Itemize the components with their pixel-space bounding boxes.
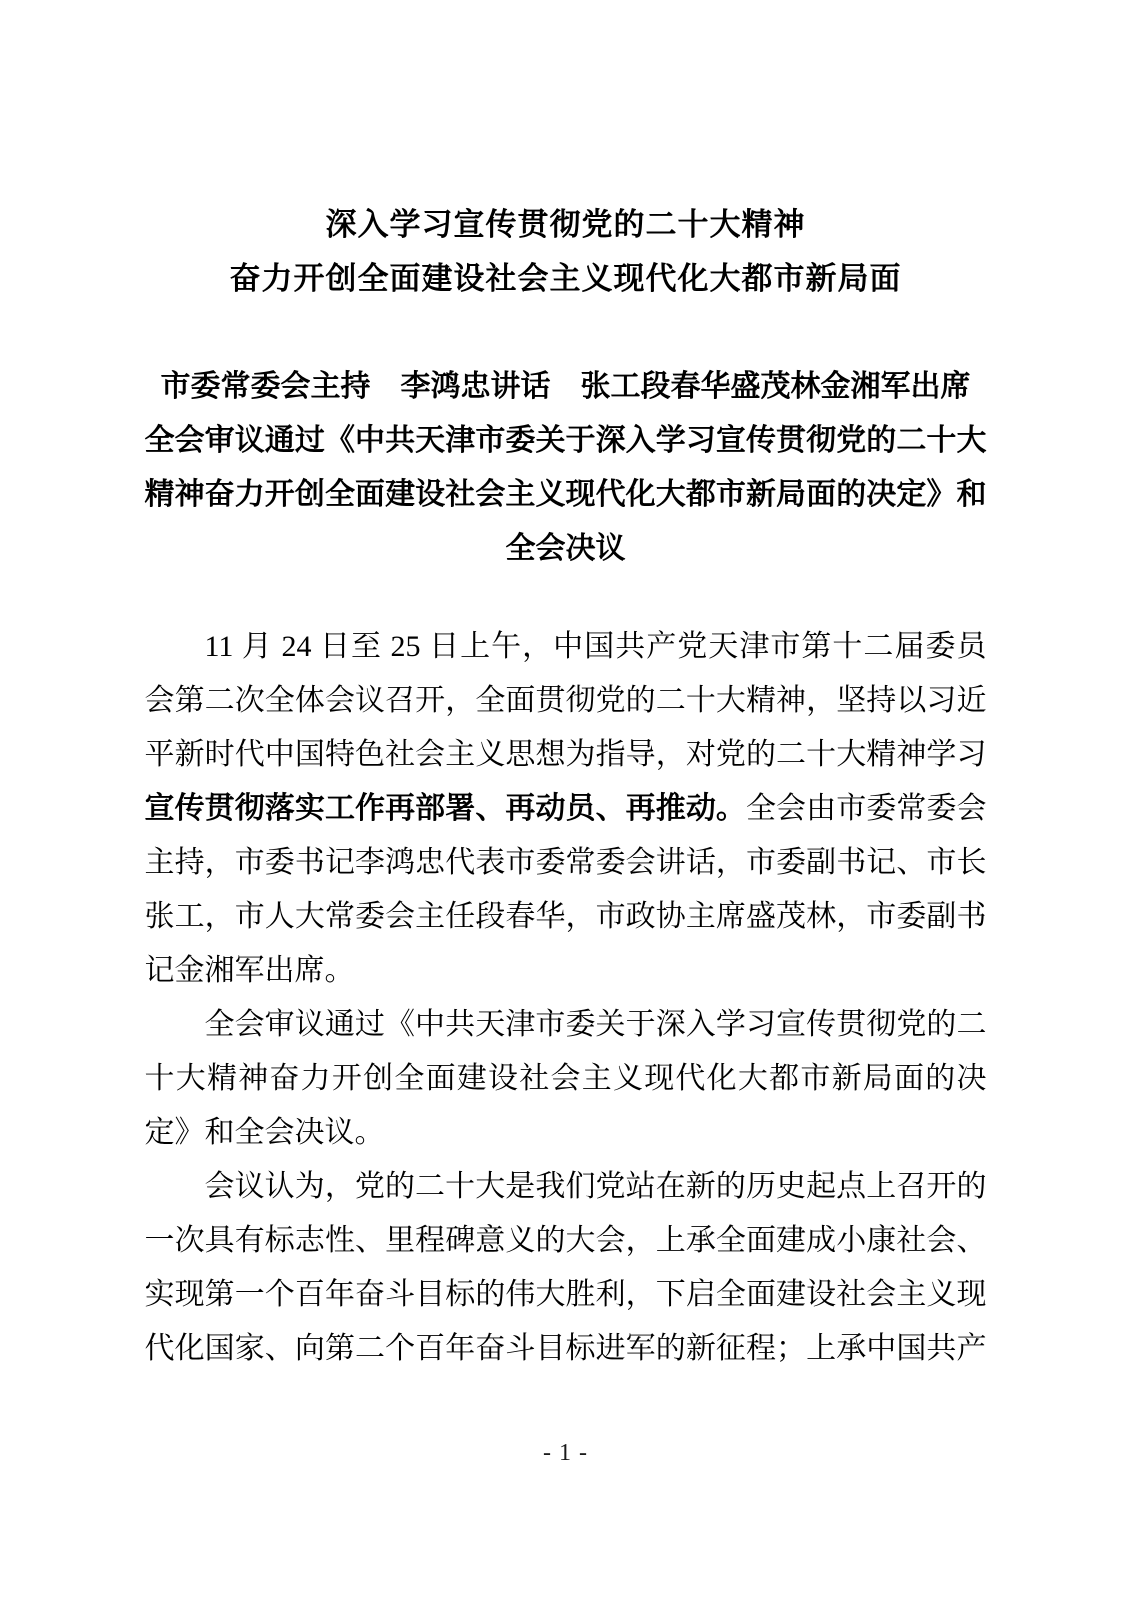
subtitle-line: 全会审议通过《中共天津市委关于深入学习宣传贯彻党的二十大 [145, 414, 987, 468]
body-line: 定》和全会决议。 [145, 1106, 987, 1160]
body-line: 实现第一个百年奋斗目标的伟大胜利，下启全面建设社会主义现 [145, 1268, 987, 1322]
body-line: 会第二次全体会议召开，全面贯彻党的二十大精神，坚持以习近 [145, 674, 987, 728]
subtitle-line: 市委常委会主持 李鸿忠讲话 张工段春华盛茂林金湘军出席 [145, 360, 987, 414]
paragraph: 会议认为，党的二十大是我们党站在新的历史起点上召开的一次具有标志性、里程碑意义的… [145, 1160, 987, 1376]
body-line: 会议认为，党的二十大是我们党站在新的历史起点上召开的 [145, 1160, 987, 1214]
body-line: 张工，市人大常委会主任段春华，市政协主席盛茂林，市委副书 [145, 890, 987, 944]
body-text: 主持，市委书记李鸿忠代表市委常委会讲话，市委副书记、市长 [145, 846, 987, 879]
body-line: 宣传贯彻落实工作再部署、再动员、再推动。全会由市委常委会 [145, 782, 987, 836]
paragraph: 11 月 24 日至 25 日上午，中国共产党天津市第十二届委员会第二次全体会议… [145, 620, 987, 998]
paragraph: 全会审议通过《中共天津市委关于深入学习宣传贯彻党的二十大精神奋力开创全面建设社会… [145, 998, 987, 1160]
subtitle-line: 全会决议 [145, 522, 987, 576]
body-text: 一次具有标志性、里程碑意义的大会，上承全面建成小康社会、 [145, 1224, 987, 1257]
body-line: 记金湘军出席。 [145, 944, 987, 998]
page-number: - 1 - [543, 1440, 588, 1466]
body-line: 十大精神奋力开创全面建设社会主义现代化大都市新局面的决 [145, 1052, 987, 1106]
body-text: 记金湘军出席。 [145, 954, 355, 987]
body-text: 实现第一个百年奋斗目标的伟大胜利，下启全面建设社会主义现 [145, 1278, 987, 1311]
body-text: 会议认为，党的二十大是我们党站在新的历史起点上召开的 [205, 1170, 987, 1203]
body-text: 全会由市委常委会 [746, 792, 987, 825]
subtitle-line: 精神奋力开创全面建设社会主义现代化大都市新局面的决定》和 [145, 468, 987, 522]
body-line: 11 月 24 日至 25 日上午，中国共产党天津市第十二届委员 [145, 620, 987, 674]
body-block: 11 月 24 日至 25 日上午，中国共产党天津市第十二届委员会第二次全体会议… [145, 620, 987, 1376]
body-text: 11 月 24 日至 25 日上午，中国共产党天津市第十二届委员 [205, 630, 987, 663]
body-text: 十大精神奋力开创全面建设社会主义现代化大都市新局面的决 [145, 1062, 987, 1095]
body-text: 会第二次全体会议召开，全面贯彻党的二十大精神，坚持以习近 [145, 684, 987, 717]
title-line-1: 深入学习宣传贯彻党的二十大精神 [145, 198, 987, 252]
body-text: 定》和全会决议。 [145, 1116, 385, 1149]
title-line-2: 奋力开创全面建设社会主义现代化大都市新局面 [145, 252, 987, 306]
body-line: 平新时代中国特色社会主义思想为指导，对党的二十大精神学习 [145, 728, 987, 782]
emphasis-text: 宣传贯彻落实工作再部署、再动员、再推动。 [145, 792, 746, 825]
body-line: 主持，市委书记李鸿忠代表市委常委会讲话，市委副书记、市长 [145, 836, 987, 890]
body-line: 全会审议通过《中共天津市委关于深入学习宣传贯彻党的二 [145, 998, 987, 1052]
document-body: 深入学习宣传贯彻党的二十大精神 奋力开创全面建设社会主义现代化大都市新局面 市委… [145, 0, 987, 1376]
page-footer: - 1 - [0, 1440, 1131, 1467]
document-page: 深入学习宣传贯彻党的二十大精神 奋力开创全面建设社会主义现代化大都市新局面 市委… [0, 0, 1131, 1600]
body-text: 代化国家、向第二个百年奋斗目标进军的新征程；上承中国共产 [145, 1332, 987, 1365]
body-line: 一次具有标志性、里程碑意义的大会，上承全面建成小康社会、 [145, 1214, 987, 1268]
body-line: 代化国家、向第二个百年奋斗目标进军的新征程；上承中国共产 [145, 1322, 987, 1376]
body-text: 张工，市人大常委会主任段春华，市政协主席盛茂林，市委副书 [145, 900, 987, 933]
document-title: 深入学习宣传贯彻党的二十大精神 奋力开创全面建设社会主义现代化大都市新局面 [145, 198, 987, 306]
subtitle-block: 市委常委会主持 李鸿忠讲话 张工段春华盛茂林金湘军出席全会审议通过《中共天津市委… [145, 360, 987, 576]
body-text: 全会审议通过《中共天津市委关于深入学习宣传贯彻党的二 [205, 1008, 987, 1041]
body-text: 平新时代中国特色社会主义思想为指导，对党的二十大精神学习 [145, 738, 987, 771]
